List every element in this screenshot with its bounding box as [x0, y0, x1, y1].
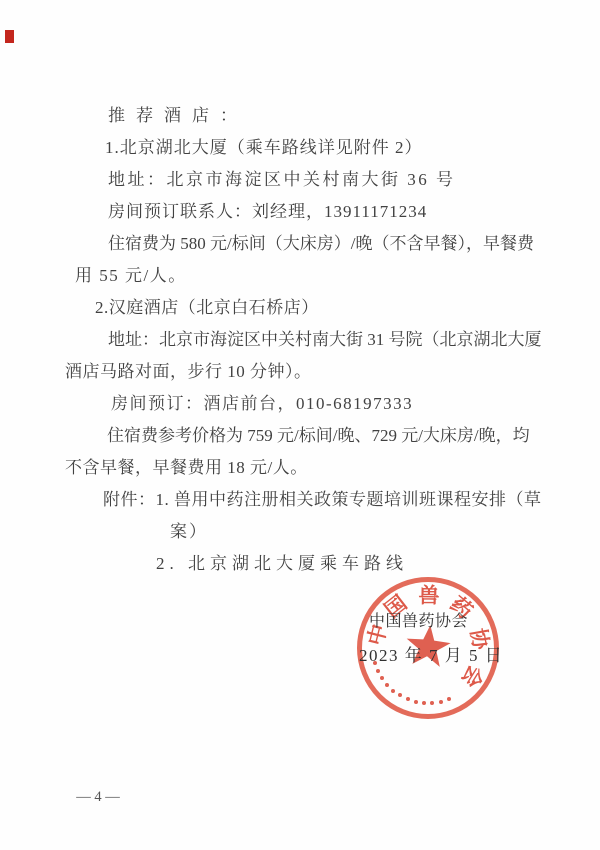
doc-line: 推荐酒店： [64, 100, 564, 132]
document-page: 推荐酒店：1.北京湖北大厦（乘车路线详见附件 2）地址：北京市海淀区中关村南大街… [0, 0, 600, 850]
signature-date: 2023 年 7 月 5 日 [359, 641, 503, 666]
doc-line: 案） [64, 516, 564, 548]
doc-line: 房间预订：酒店前台，010-68197333 [64, 388, 564, 420]
doc-line: 用 55 元/人。 [64, 260, 564, 292]
page-number: — 4 — [58, 789, 138, 806]
red-corner-mark [5, 30, 14, 43]
signature-org: 中国兽药协会 [369, 608, 468, 631]
seal-dot [414, 700, 418, 704]
seal-character: 兽 [418, 585, 439, 606]
document-body: 推荐酒店：1.北京湖北大厦（乘车路线详见附件 2）地址：北京市海淀区中关村南大街… [64, 100, 564, 580]
doc-line: 酒店马路对面，步行 10 分钟）。 [64, 356, 564, 388]
doc-line: 地址：北京市海淀区中关村南大街 36 号 [64, 164, 564, 196]
seal-dot [422, 701, 426, 705]
doc-line: 2. 北京湖北大厦乘车路线 [64, 548, 564, 580]
doc-line: 不含早餐，早餐费用 18 元/人。 [64, 452, 564, 484]
doc-line: 附件：1. 兽用中药注册相关政策专题培训班课程安排（草 [64, 484, 564, 516]
seal-dot [376, 669, 380, 673]
doc-line: 1.北京湖北大厦（乘车路线详见附件 2） [64, 132, 564, 164]
seal-dot [447, 697, 451, 701]
doc-line: 住宿费为 580 元/标间（大床房）/晚（不含早餐），早餐费 [64, 228, 564, 260]
doc-line: 2.汉庭酒店（北京白石桥店） [64, 292, 564, 324]
seal-dot [406, 697, 410, 701]
seal-dot [439, 700, 443, 704]
doc-line: 地址：北京市海淀区中关村南大街 31 号院（北京湖北大厦 [64, 324, 564, 356]
doc-line: 房间预订联系人：刘经理，13911171234 [64, 196, 564, 228]
doc-line: 住宿费参考价格为 759 元/标间/晚、729 元/大床房/晚，均 [64, 420, 564, 452]
